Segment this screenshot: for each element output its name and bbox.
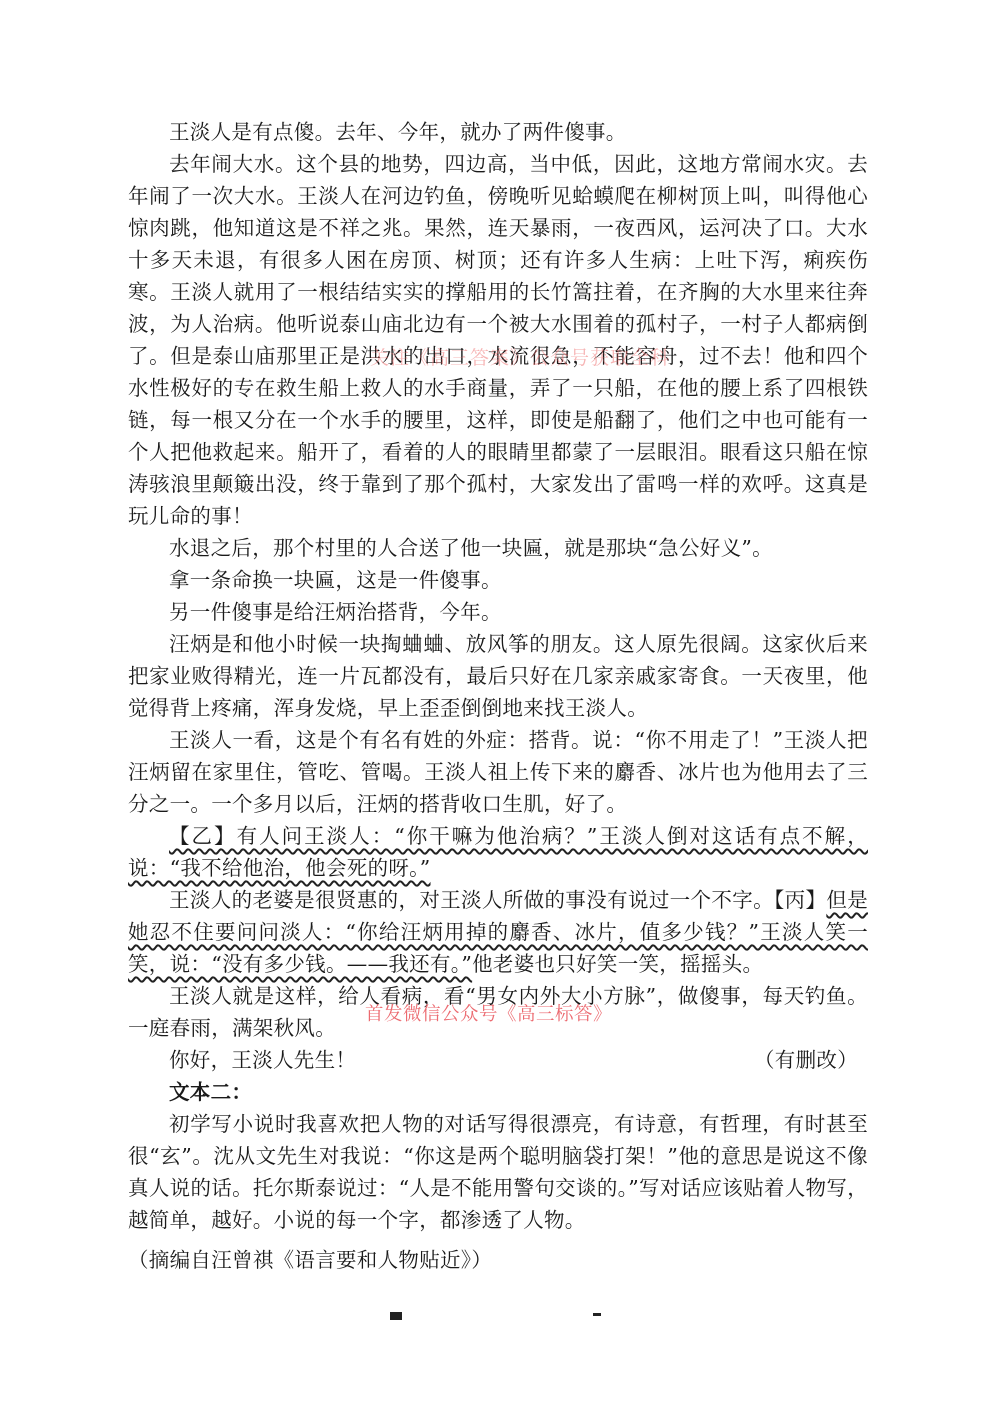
text2-source: （摘编自汪曾祺《语言要和人物贴近》） <box>128 1244 868 1276</box>
marker-bing: 【丙】 <box>774 888 826 912</box>
paragraph-flood: 去年闹大水。这个县的地势，四边高，当中低，因此，这地方常闹水灾。去年闹了一次大水… <box>128 148 868 532</box>
paragraph-first-foolish-deed: 拿一条命换一块匾，这是一件傻事。 <box>128 564 868 596</box>
paragraph-bing: 王淡人的老婆是很贤惠的，对王淡人所做的事没有说过一个不字。【丙】但是她忍不住要问… <box>128 884 868 980</box>
text2-heading: 文本二： <box>128 1076 868 1108</box>
paragraph-treatment: 王淡人一看，这是个有名有姓的外症：搭背。说：“你不用走了！”王淡人把汪炳留在家里… <box>128 724 868 820</box>
final-greeting: 你好，王淡人先生！ <box>128 1044 356 1076</box>
paragraph-plaque: 水退之后，那个村里的人合送了他一块匾，就是那块“急公好义”。 <box>128 532 868 564</box>
paragraph-yi: 【乙】有人问王淡人：“你干嘛为他治病？”王淡人倒对这话有点不解，说：“我不给他治… <box>128 820 868 884</box>
paragraph-bing-after: 他老婆也只好笑一笑，摇摇头。 <box>472 952 763 976</box>
paragraph-intro: 王淡人是有点傻。去年、今年，就办了两件傻事。 <box>128 116 868 148</box>
watermark-middle: 首发微信公众号《高三标答》 <box>365 1000 612 1026</box>
underlined-passage-yi: 【乙】有人问王淡人：“你干嘛为他治病？”王淡人倒对这话有点不解，说：“我不给他治… <box>128 824 868 880</box>
exam-text-page: 王淡人是有点傻。去年、今年，就办了两件傻事。 去年闹大水。这个县的地势，四边高，… <box>128 116 868 1276</box>
paragraph-wang-bing: 汪炳是和他小时候一块掏蛐蛐、放风筝的朋友。这人原先很阔。这家伙后来把家业败得精光… <box>128 628 868 724</box>
paragraph-bing-before: 王淡人的老婆是很贤惠的，对王淡人所做的事没有说过一个不字。 <box>169 888 774 912</box>
paragraph-second-foolish-deed: 另一件傻事是给汪炳治搭背，今年。 <box>128 596 868 628</box>
scan-artifact <box>593 1313 601 1316</box>
scan-artifact <box>390 1312 402 1320</box>
text2-paragraph: 初学写小说时我喜欢把人物的对话写得很漂亮，有诗意，有哲理，有时甚至很“玄”。沈从… <box>128 1108 868 1236</box>
revision-note: （有删改） <box>713 1044 868 1076</box>
final-line-row: 你好，王淡人先生！ （有删改） <box>128 1044 868 1076</box>
watermark-top: 关注《高三答案》公众号获取全科 <box>370 343 670 370</box>
